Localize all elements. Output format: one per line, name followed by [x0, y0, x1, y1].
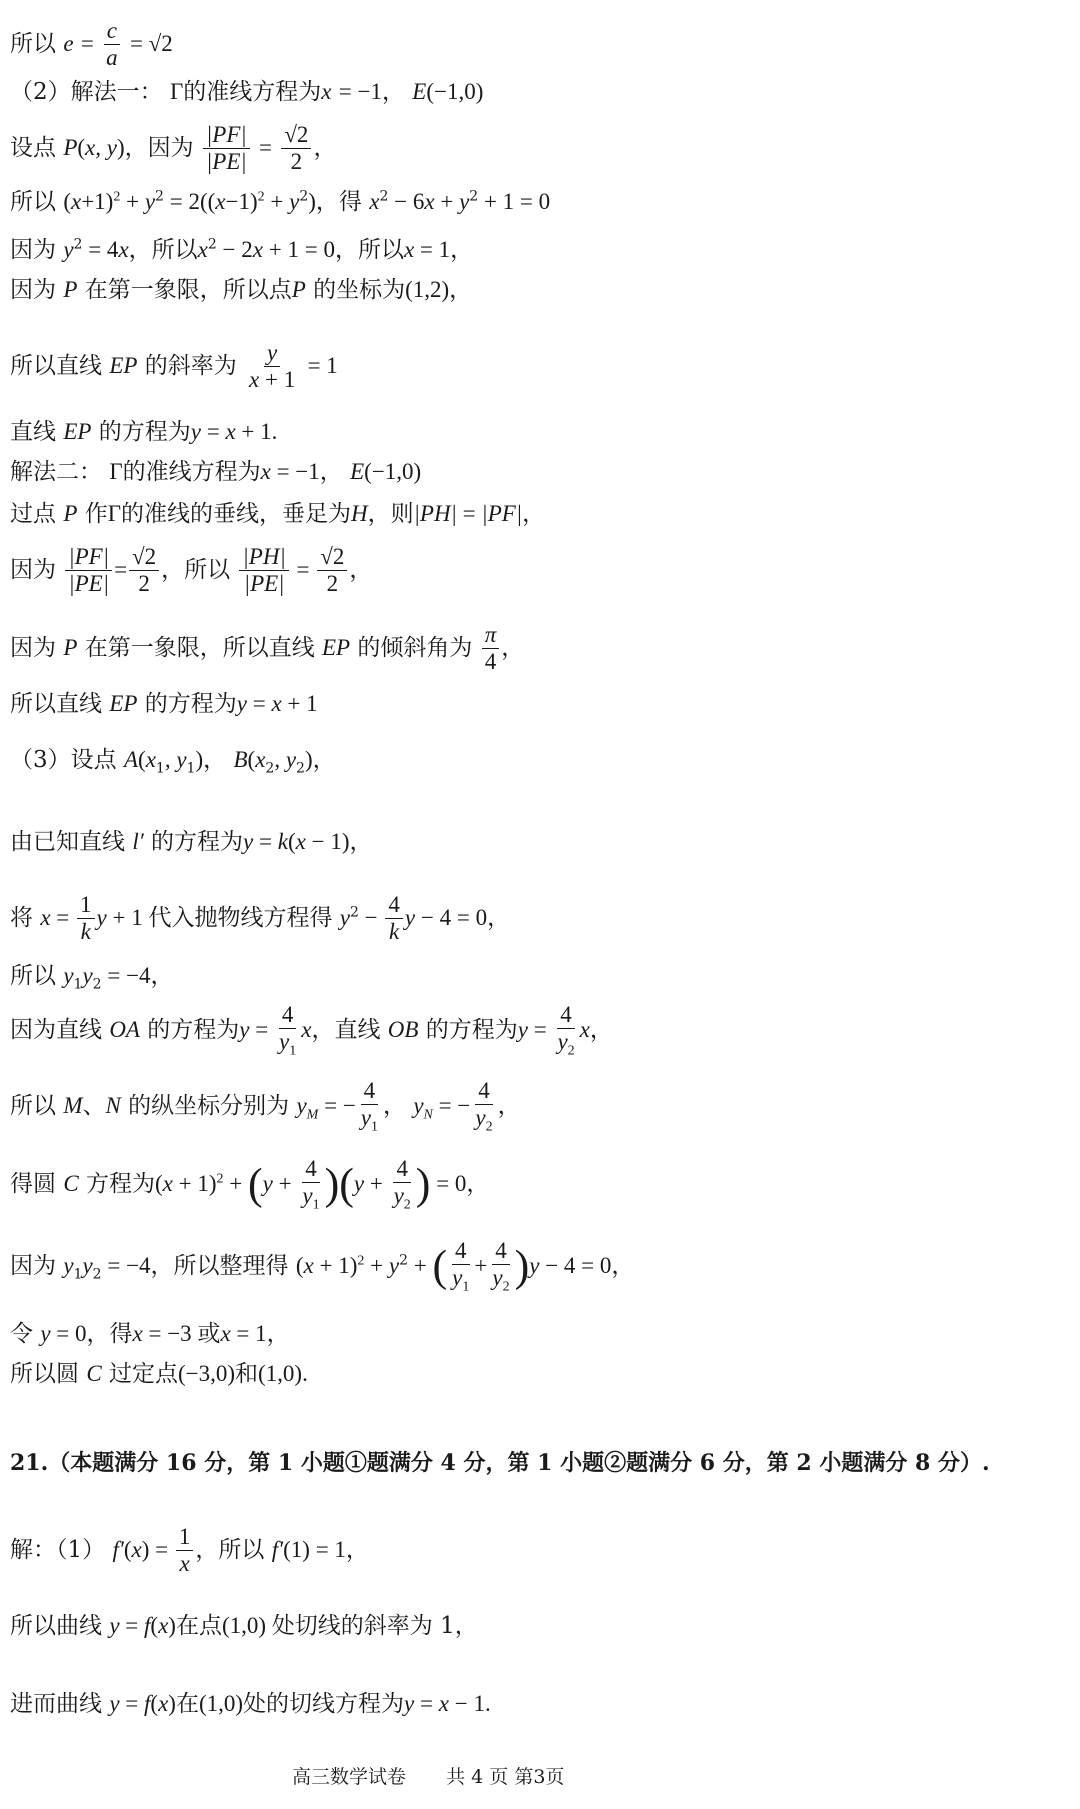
text: 的准线方程为 — [183, 79, 321, 105]
math-line-p-coords: 因为 P 在第一象限，所以点P 的坐标为(1,2)， — [10, 276, 472, 305]
text: 处的切线方程为 — [243, 1691, 404, 1717]
page-footer: 高三数学试卷 共 4 页 第3页 — [292, 1762, 564, 1789]
text: ，因为 — [125, 135, 194, 161]
text: 的倾斜角为 — [357, 635, 472, 661]
text: 方程为 — [86, 1171, 155, 1197]
text: 的方程为 — [145, 691, 237, 717]
math-line-tangent-eq: 进而曲线 y = f(x)在(1,0)处的切线方程为y = x − 1. — [10, 1690, 491, 1719]
text: 所以 — [10, 31, 56, 57]
text: 设点 — [10, 135, 56, 161]
math-line-distance-eq: 所以 (x+1)2 + y2 = 2((x−1)2 + y2)，得 x2 − 6… — [10, 188, 550, 217]
math-line-ep-eq-1: 直线 EP 的方程为y = x + 1. — [10, 418, 277, 447]
text: 的方程为 — [99, 419, 191, 445]
text: 因为 — [10, 237, 56, 263]
text: ，则 — [368, 501, 414, 527]
text: 直线 — [10, 419, 56, 445]
text: （2）解法一： — [10, 79, 163, 105]
text: 由已知直线 — [10, 829, 125, 855]
text: ，所以 — [129, 237, 198, 263]
text: 的准线方程为 — [123, 459, 261, 485]
math-line-circle-c: 得圆 C 方程为(x + 1)2 + (y + 4y1)(y + 4y2) = … — [10, 1156, 489, 1214]
text: 所以 — [10, 963, 56, 989]
math-line-directrix-1: （2）解法一： Γ的准线方程为x = −1， E(−1,0) — [10, 78, 483, 107]
text: （3）设点 — [10, 747, 117, 773]
text: 的方程为 — [151, 829, 243, 855]
text: 的方程为 — [147, 1017, 239, 1043]
text: 因为 — [10, 277, 56, 303]
text: 所以直线 — [10, 353, 102, 379]
math-line-points-ab: （3）设点 A(x1, y1)， B(x2, y2)， — [10, 746, 336, 777]
math-line-ratio: 因为 |PF||PE|=√22，所以 |PH||PE| = √22， — [10, 544, 372, 598]
text: 代入抛物线方程得 — [148, 905, 332, 931]
text: 和 — [235, 1361, 258, 1387]
footer-title: 高三数学试卷 — [292, 1766, 406, 1788]
text: 所以圆 — [10, 1361, 79, 1387]
text: 所以 — [218, 1537, 264, 1563]
math-line-ep-eq-2: 所以直线 EP 的方程为y = x + 1 — [10, 690, 318, 719]
math-line-oa-ob: 因为直线 OA 的方程为y = 4y1x，直线 OB 的方程为y = 4y2x， — [10, 1002, 613, 1060]
text: 过定点 — [109, 1361, 178, 1387]
math-line-tangent-slope: 所以曲线 y = f(x)在点(1,0) 处切线的斜率为 1， — [10, 1612, 478, 1641]
text: 或 — [197, 1321, 220, 1347]
math-line-perpendicular: 过点 P 作Γ的准线的垂线，垂足为H，则|PH| = |PF|， — [10, 500, 545, 529]
text: 处切线的斜率为 1， — [272, 1613, 478, 1639]
math-line-parabola: 因为 y2 = 4x，所以x2 − 2x + 1 = 0，所以x = 1， — [10, 236, 473, 265]
text: 的纵坐标分别为 — [128, 1093, 289, 1119]
math-line-set-point-p: 设点 P(x, y)，因为 |PF||PE| = √22， — [10, 122, 336, 176]
text: 因为 — [10, 557, 56, 583]
text: 因为直线 — [10, 1017, 102, 1043]
text: 所以 — [10, 1093, 56, 1119]
text: 作 — [85, 501, 108, 527]
text: 在 — [176, 1691, 199, 1717]
math-line-angle: 因为 P 在第一象限，所以点在第一象限，所以直线 EP 的倾斜角为 π4， — [10, 622, 524, 676]
math-line-substitute: 将 x = 1ky + 1 代入抛物线方程得 y2 − 4ky − 4 = 0， — [10, 892, 510, 946]
text: 所以直线 — [10, 691, 102, 717]
text: 将 — [10, 905, 33, 931]
math-line-fixed-points: 所以圆 C 过定点(−3,0)和(1,0). — [10, 1360, 308, 1389]
math-line-mn: 所以 M、N 的纵坐标分别为 yM = −4y1， yN = −4y2， — [10, 1078, 521, 1136]
text: ，得 — [316, 189, 362, 215]
text: 解法二： — [10, 459, 102, 485]
math-line-derivative: 解：（1） f′(x) = 1x，所以 f′(1) = 1， — [10, 1524, 369, 1578]
math-line-product: 所以 y1y2 = −4， — [10, 962, 174, 993]
text: ，得 — [87, 1321, 133, 1347]
question-21-heading: 21.（本题满分 16 分，第 1 小题①题满分 4 分，第 1 小题②题满分 … — [10, 1450, 990, 1476]
text: 的斜率为 — [145, 353, 237, 379]
text: 所以曲线 — [10, 1613, 102, 1639]
math-line-simplify: 因为 y1y2 = −4，所以整理得 (x + 1)2 + y2 + (4y1+… — [10, 1238, 634, 1296]
math-line-let-y-zero: 令 y = 0，得x = −3 或x = 1， — [10, 1320, 290, 1349]
footer-page-count: 共 4 页 第3页 — [446, 1766, 564, 1788]
math-line-directrix-2: 解法二： Γ的准线方程为x = −1， E(−1,0) — [10, 458, 421, 487]
text: 令 — [10, 1321, 33, 1347]
text: 解：（1） — [10, 1537, 105, 1563]
text: 过点 — [10, 501, 56, 527]
text: 的方程为 — [426, 1017, 518, 1043]
text: ，直线 — [311, 1017, 380, 1043]
text: ，所以 — [335, 237, 404, 263]
text: 因为 — [10, 1253, 56, 1279]
math-line-line-l: 由已知直线 l′ 的方程为y = k(x − 1)， — [10, 828, 373, 857]
text: 所以 — [10, 189, 56, 215]
math-line-slope: 所以直线 EP 的斜率为 yx + 1 = 1 — [10, 340, 338, 394]
text: ，所以 — [161, 557, 230, 583]
text: ，所以整理得 — [151, 1253, 289, 1279]
text: 在点 — [176, 1613, 222, 1639]
text: 的坐标为 — [313, 277, 405, 303]
math-line-eccentricity: 所以 e = ca = √2 — [10, 18, 173, 72]
text: 进而曲线 — [10, 1691, 102, 1717]
text: 在第一象限，所以点 — [85, 277, 292, 303]
text: 得圆 — [10, 1171, 56, 1197]
text: 的准线的垂线，垂足为 — [121, 501, 351, 527]
text: 因为 — [10, 635, 56, 661]
